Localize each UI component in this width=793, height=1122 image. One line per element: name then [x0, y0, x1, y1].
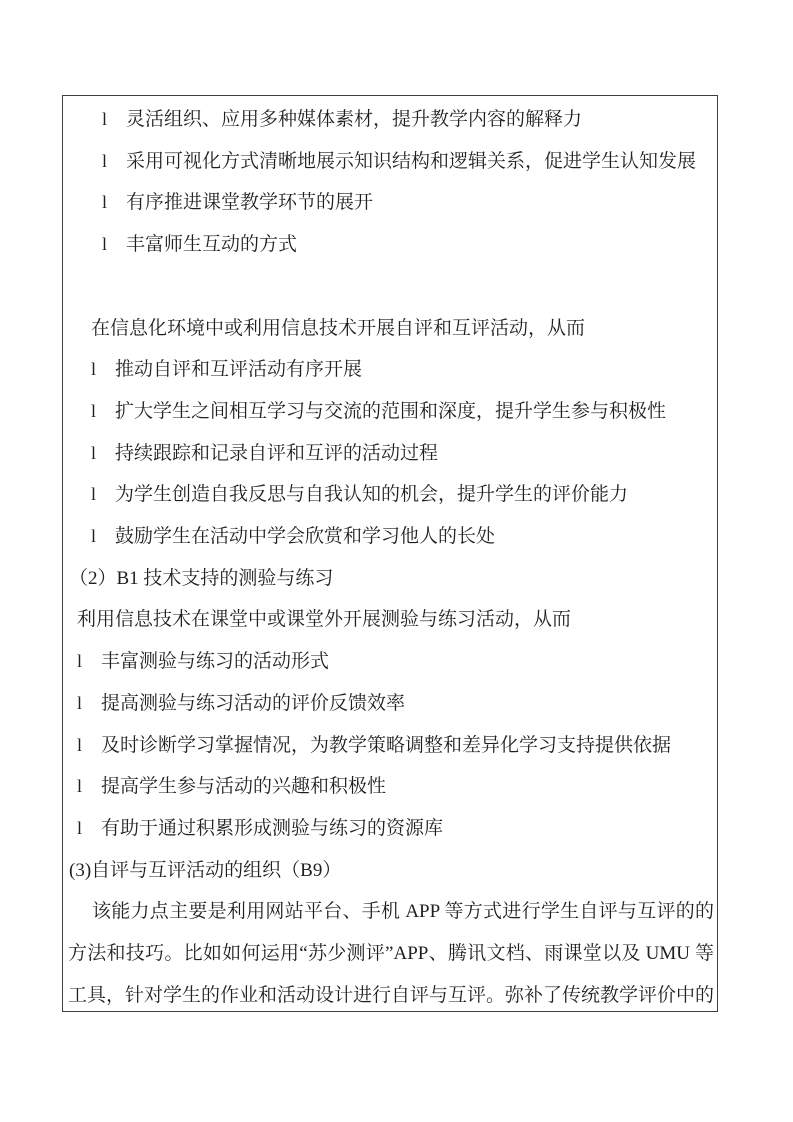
text-line: （2）B1 技术支持的测验与练习 [68, 558, 714, 600]
line-text: (3)自评与互评活动的组织（B9） [69, 860, 341, 881]
text-line: (3)自评与互评活动的组织（B9） [68, 850, 714, 892]
line-text: 推动自评和互评活动有序开展 [115, 359, 362, 380]
text-line: 在信息化环境中或利用信息技术开展自评和互评活动，从而 [68, 308, 714, 350]
page: l灵活组织、应用多种媒体素材，提升教学内容的解释力l采用可视化方式清晰地展示知识… [0, 0, 793, 1122]
line-text: 鼓励学生在活动中学会欣赏和学习他人的长处 [115, 526, 495, 547]
text-line: l灵活组织、应用多种媒体素材，提升教学内容的解释力 [68, 99, 714, 141]
blank-line [68, 266, 714, 308]
line-text: 提高学生参与活动的兴趣和积极性 [101, 776, 386, 797]
bullet-icon: l [102, 99, 126, 141]
line-text: 在信息化环境中或利用信息技术开展自评和互评活动，从而 [91, 318, 585, 339]
text-line: l丰富测验与练习的活动形式 [68, 641, 714, 683]
line-text: 有序推进课堂教学环节的展开 [126, 192, 373, 213]
text-line: l持续跟踪和记录自评和互评的活动过程 [68, 433, 714, 475]
line-text [69, 276, 74, 297]
bullet-icon: l [102, 141, 126, 183]
bullet-icon: l [91, 433, 115, 475]
text-line: l及时诊断学习掌握情况，为教学策略调整和差异化学习支持提供依据 [68, 725, 714, 767]
text-line: l为学生创造自我反思与自我认知的机会，提升学生的评价能力 [68, 474, 714, 516]
paragraph: 该能力点主要是利用网站平台、手机 APP 等方式进行学生自评与互评的的方法和技巧… [68, 891, 714, 1012]
line-text: 持续跟踪和记录自评和互评的活动过程 [115, 443, 438, 464]
text-line: l有序推进课堂教学环节的展开 [68, 182, 714, 224]
line-text: 扩大学生之间相互学习与交流的范围和深度，提升学生参与积极性 [115, 401, 666, 422]
document-cell: l灵活组织、应用多种媒体素材，提升教学内容的解释力l采用可视化方式清晰地展示知识… [62, 95, 718, 1012]
line-text: 丰富师生互动的方式 [126, 234, 297, 255]
bullet-icon: l [77, 725, 101, 767]
text-line: l推动自评和互评活动有序开展 [68, 349, 714, 391]
bullet-icon: l [91, 474, 115, 516]
bullet-icon: l [77, 766, 101, 808]
line-text: 利用信息技术在课堂中或课堂外开展测验与练习活动，从而 [77, 609, 571, 630]
bullet-icon: l [91, 349, 115, 391]
text-line: l扩大学生之间相互学习与交流的范围和深度，提升学生参与积极性 [68, 391, 714, 433]
line-text: 提高测验与练习活动的评价反馈效率 [101, 693, 405, 714]
text-line: 利用信息技术在课堂中或课堂外开展测验与练习活动，从而 [68, 599, 714, 641]
line-text: 灵活组织、应用多种媒体素材，提升教学内容的解释力 [126, 109, 582, 130]
line-text: 及时诊断学习掌握情况，为教学策略调整和差异化学习支持提供依据 [101, 735, 671, 756]
bullet-icon: l [102, 224, 126, 266]
bullet-icon: l [102, 182, 126, 224]
bullet-icon: l [91, 516, 115, 558]
bullet-icon: l [77, 683, 101, 725]
line-text: 丰富测验与练习的活动形式 [101, 651, 329, 672]
text-line: l丰富师生互动的方式 [68, 224, 714, 266]
text-line: l有助于通过积累形成测验与练习的资源库 [68, 808, 714, 850]
bullet-icon: l [77, 641, 101, 683]
line-text: 采用可视化方式清晰地展示知识结构和逻辑关系，促进学生认知发展 [126, 151, 696, 172]
text-line: l提高学生参与活动的兴趣和积极性 [68, 766, 714, 808]
text-line: l鼓励学生在活动中学会欣赏和学习他人的长处 [68, 516, 714, 558]
text-line: l采用可视化方式清晰地展示知识结构和逻辑关系，促进学生认知发展 [68, 141, 714, 183]
bullet-icon: l [77, 808, 101, 850]
line-text: （2）B1 技术支持的测验与练习 [69, 568, 333, 589]
text-line: l提高测验与练习活动的评价反馈效率 [68, 683, 714, 725]
line-text: 为学生创造自我反思与自我认知的机会，提升学生的评价能力 [115, 484, 628, 505]
line-text: 有助于通过积累形成测验与练习的资源库 [101, 818, 443, 839]
bullet-icon: l [91, 391, 115, 433]
